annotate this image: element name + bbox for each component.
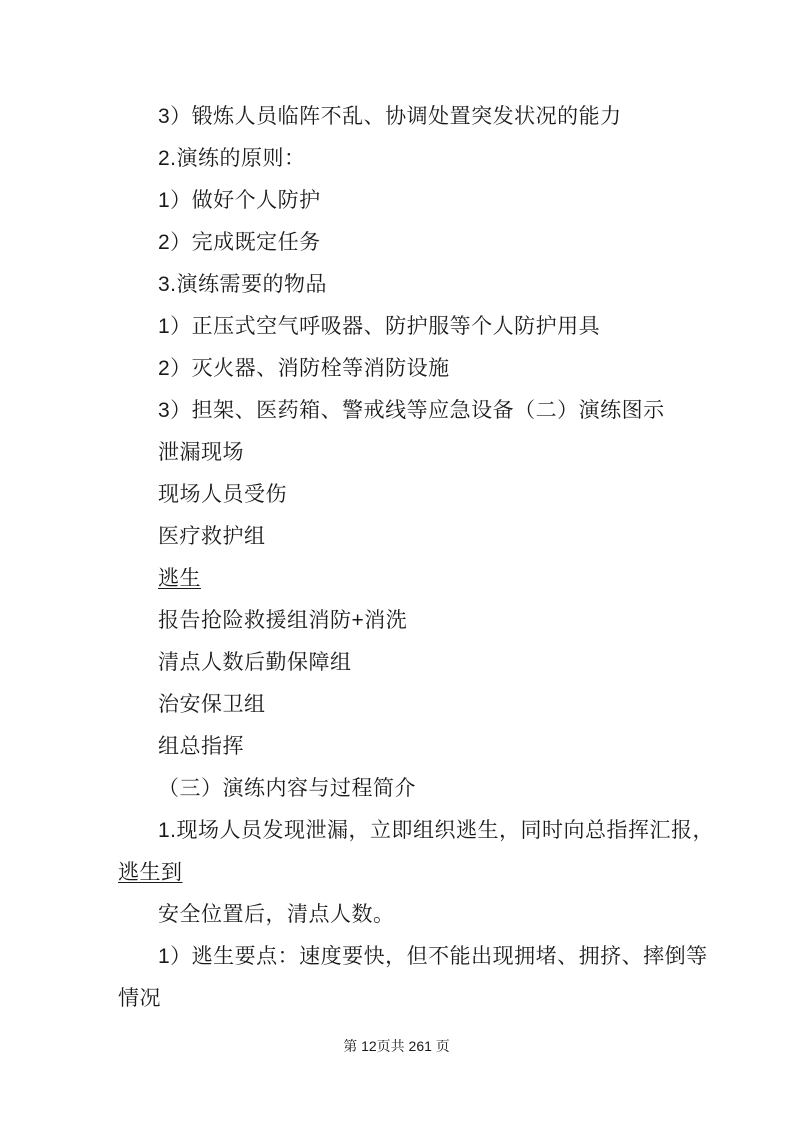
line-text: 1）逃生要点：速度要快，但不能出现拥堵、拥挤、摔倒等: [158, 945, 708, 968]
line-text: 3）担架、医药箱、警戒线等应急设备（二）演练图示: [158, 399, 665, 422]
document-line: 治安保卫组: [118, 684, 703, 726]
document-line: 2.演练的原则：: [118, 138, 703, 180]
document-line: 逃生: [118, 558, 703, 600]
line-text: 1.现场人员发现泄漏，立即组织逃生，同时向总指挥汇报，: [158, 819, 714, 842]
line-text: （三）演练内容与过程简介: [158, 777, 416, 800]
line-text: 2）灭火器、消防栓等消防设施: [158, 357, 450, 380]
line-text: 2.演练的原则：: [158, 147, 306, 170]
line-text: 2）完成既定任务: [158, 231, 321, 254]
line-text: 报告抢险救援组消防+消洗: [158, 609, 407, 632]
document-line: 1）正压式空气呼吸器、防护服等个人防护用具: [118, 306, 703, 348]
line-text: 安全位置后，清点人数。: [158, 903, 395, 926]
document-line: 情况: [118, 978, 703, 1020]
document-line: 组总指挥: [118, 726, 703, 768]
underlined-text: 逃生: [158, 567, 201, 590]
line-text: 医疗救护组: [158, 525, 266, 548]
document-body: 3）锻炼人员临阵不乱、协调处置突发状况的能力2.演练的原则：1）做好个人防护2）…: [118, 96, 703, 1020]
underlined-text: 逃生到: [118, 861, 183, 884]
document-line: 3）担架、医药箱、警戒线等应急设备（二）演练图示: [118, 390, 703, 432]
line-text: 组总指挥: [158, 735, 244, 758]
document-line: 报告抢险救援组消防+消洗: [118, 600, 703, 642]
line-text: 治安保卫组: [158, 693, 266, 716]
document-line: 1）做好个人防护: [118, 180, 703, 222]
page-number-footer: 第 12页共 261 页: [0, 1036, 793, 1056]
line-text: 3）锻炼人员临阵不乱、协调处置突发状况的能力: [158, 105, 622, 128]
line-text: 现场人员受伤: [158, 483, 287, 506]
document-line: 现场人员受伤: [118, 474, 703, 516]
line-text: 1）做好个人防护: [158, 189, 321, 212]
line-text: 3.演练需要的物品: [158, 273, 327, 296]
document-line: 3）锻炼人员临阵不乱、协调处置突发状况的能力: [118, 96, 703, 138]
document-line: 逃生到: [118, 852, 703, 894]
document-line: 医疗救护组: [118, 516, 703, 558]
document-line: 2）灭火器、消防栓等消防设施: [118, 348, 703, 390]
document-line: 1）逃生要点：速度要快，但不能出现拥堵、拥挤、摔倒等: [118, 936, 703, 978]
document-page: 3）锻炼人员临阵不乱、协调处置突发状况的能力2.演练的原则：1）做好个人防护2）…: [0, 0, 793, 1122]
document-line: 安全位置后，清点人数。: [118, 894, 703, 936]
document-line: 清点人数后勤保障组: [118, 642, 703, 684]
document-line: 泄漏现场: [118, 432, 703, 474]
document-line: 1.现场人员发现泄漏，立即组织逃生，同时向总指挥汇报，: [118, 810, 703, 852]
document-line: （三）演练内容与过程简介: [118, 768, 703, 810]
line-text: 情况: [118, 987, 161, 1010]
document-line: 2）完成既定任务: [118, 222, 703, 264]
line-text: 清点人数后勤保障组: [158, 651, 352, 674]
line-text: 1）正压式空气呼吸器、防护服等个人防护用具: [158, 315, 600, 338]
document-line: 3.演练需要的物品: [118, 264, 703, 306]
line-text: 泄漏现场: [158, 441, 244, 464]
